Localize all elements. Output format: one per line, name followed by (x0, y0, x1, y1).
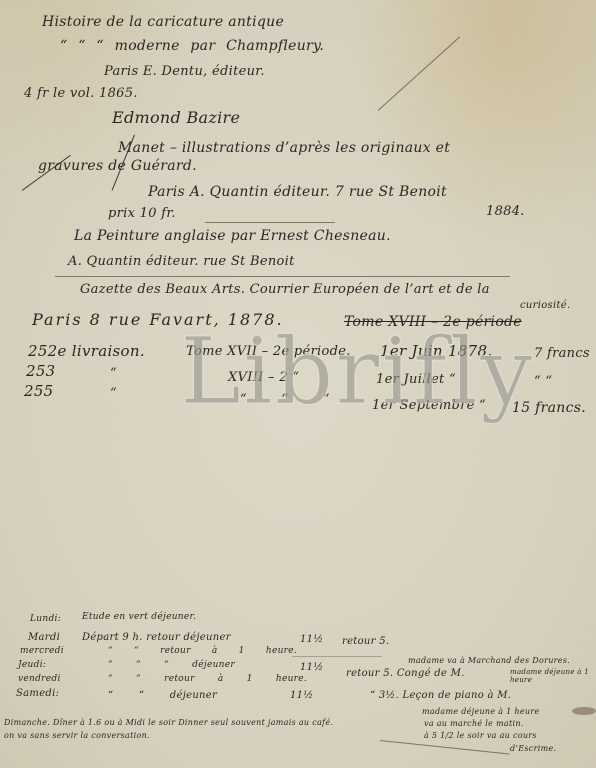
manuscript-line-16: Tome XVIII – 2e période (344, 314, 522, 330)
schedule-after: retour 5. Congé de M. (346, 668, 465, 679)
author-name: Edmond Bazire (112, 108, 240, 127)
underline (205, 222, 335, 223)
schedule-day: vendredi (18, 674, 61, 684)
ink-stain (572, 707, 596, 715)
manuscript-line-11: La Peinture anglaise par Ernest Chesneau… (74, 228, 391, 244)
schedule-time: 11½ (300, 634, 323, 645)
manuscript-line-6: Manet – illustrations d’après les origin… (118, 140, 450, 156)
livraison-tome: Tome XVII – 2e période. (186, 344, 351, 359)
manuscript-line-1: Histoire de la caricature antique (42, 14, 284, 30)
schedule-day: Lundi: (30, 614, 61, 624)
manuscript-line-15: Paris 8 rue Favart, 1878. (32, 310, 284, 329)
livraison-ditto: “ (110, 366, 117, 381)
schedule-day: mercredi (20, 646, 64, 656)
sunday-note: Dimanche. Dîner à 1.6 ou à Midi le soir … (4, 718, 333, 727)
schedule-day: Mardi (28, 632, 60, 643)
schedule-after: retour 5. (342, 636, 389, 647)
manuscript-line-10: 1884. (486, 204, 525, 219)
manuscript-line-9: prix 10 fr. (108, 206, 176, 221)
manuscript-line-2: “ “ “ moderne par Champfleury. (60, 38, 324, 54)
schedule-text: “ “ “ déjeuner (108, 660, 235, 670)
pen-stroke (378, 37, 460, 111)
schedule-text: Etude en vert déjeuner. (82, 612, 196, 622)
schedule-time: 11½ (300, 662, 323, 673)
manuscript-line-14: curiosité. (520, 300, 571, 311)
pen-stroke (380, 740, 509, 755)
livraison-price: “ “ (534, 374, 552, 389)
livraison-price: 7 francs (534, 346, 590, 361)
manuscript-page: Histoire de la caricature antique “ “ “ … (0, 0, 596, 768)
schedule-text: Départ 9 h. retour déjeuner (82, 632, 231, 643)
schedule-day: Jeudi: (18, 660, 46, 670)
manuscript-line-3: Paris E. Dentu, éditeur. (104, 64, 265, 79)
manuscript-line-8: Paris A. Quantin éditeur. 7 rue St Benoi… (148, 184, 447, 200)
livraison-date: 1er Septembre “ (372, 398, 486, 413)
schedule-time: 11½ (290, 690, 313, 701)
schedule-note: madame déjeune à 1 heure (422, 707, 540, 716)
right-note: à 5 1/2 le soir va au cours (424, 731, 537, 740)
livraison-tome: XVIII – 2 “ (228, 370, 299, 385)
schedule-after: “ 3½. Leçon de piano à M. (370, 690, 511, 701)
section-divider (55, 276, 510, 277)
right-note: va au marché le matin. (424, 719, 524, 728)
livraison-number: 255 (24, 382, 54, 400)
manuscript-line-12: A. Quantin éditeur. rue St Benoit (68, 254, 295, 269)
manuscript-line-13: Gazette des Beaux Arts. Courrier Europée… (80, 282, 490, 297)
schedule-day: Samedi: (16, 688, 59, 699)
manuscript-line-4: 4 fr le vol. 1865. (24, 86, 138, 101)
livraison-date: 1er Juin 1878. (380, 342, 492, 360)
dashed-line (292, 656, 382, 657)
livraison-number: 252e livraison. (28, 342, 145, 360)
schedule-note: madame va à Marchand des Dorures. (408, 656, 570, 665)
schedule-text: “ “ retour à 1 heure. (108, 674, 307, 684)
livraison-date: 1er Juillet “ (376, 372, 456, 387)
livraison-tome: “ “ “ (240, 392, 330, 407)
schedule-note: madame déjeune à 1 heure (510, 668, 590, 684)
schedule-text: “ “ retour à 1 heure. (108, 646, 297, 656)
right-note: d’Escrime. (510, 744, 556, 753)
livraison-price: 15 francs. (512, 400, 586, 416)
sunday-note-cont: on va sans servir la conversation. (4, 731, 150, 740)
livraison-ditto: “ (110, 386, 117, 401)
schedule-text: “ “ déjeuner (108, 690, 217, 701)
livraison-number: 253 (26, 362, 56, 380)
